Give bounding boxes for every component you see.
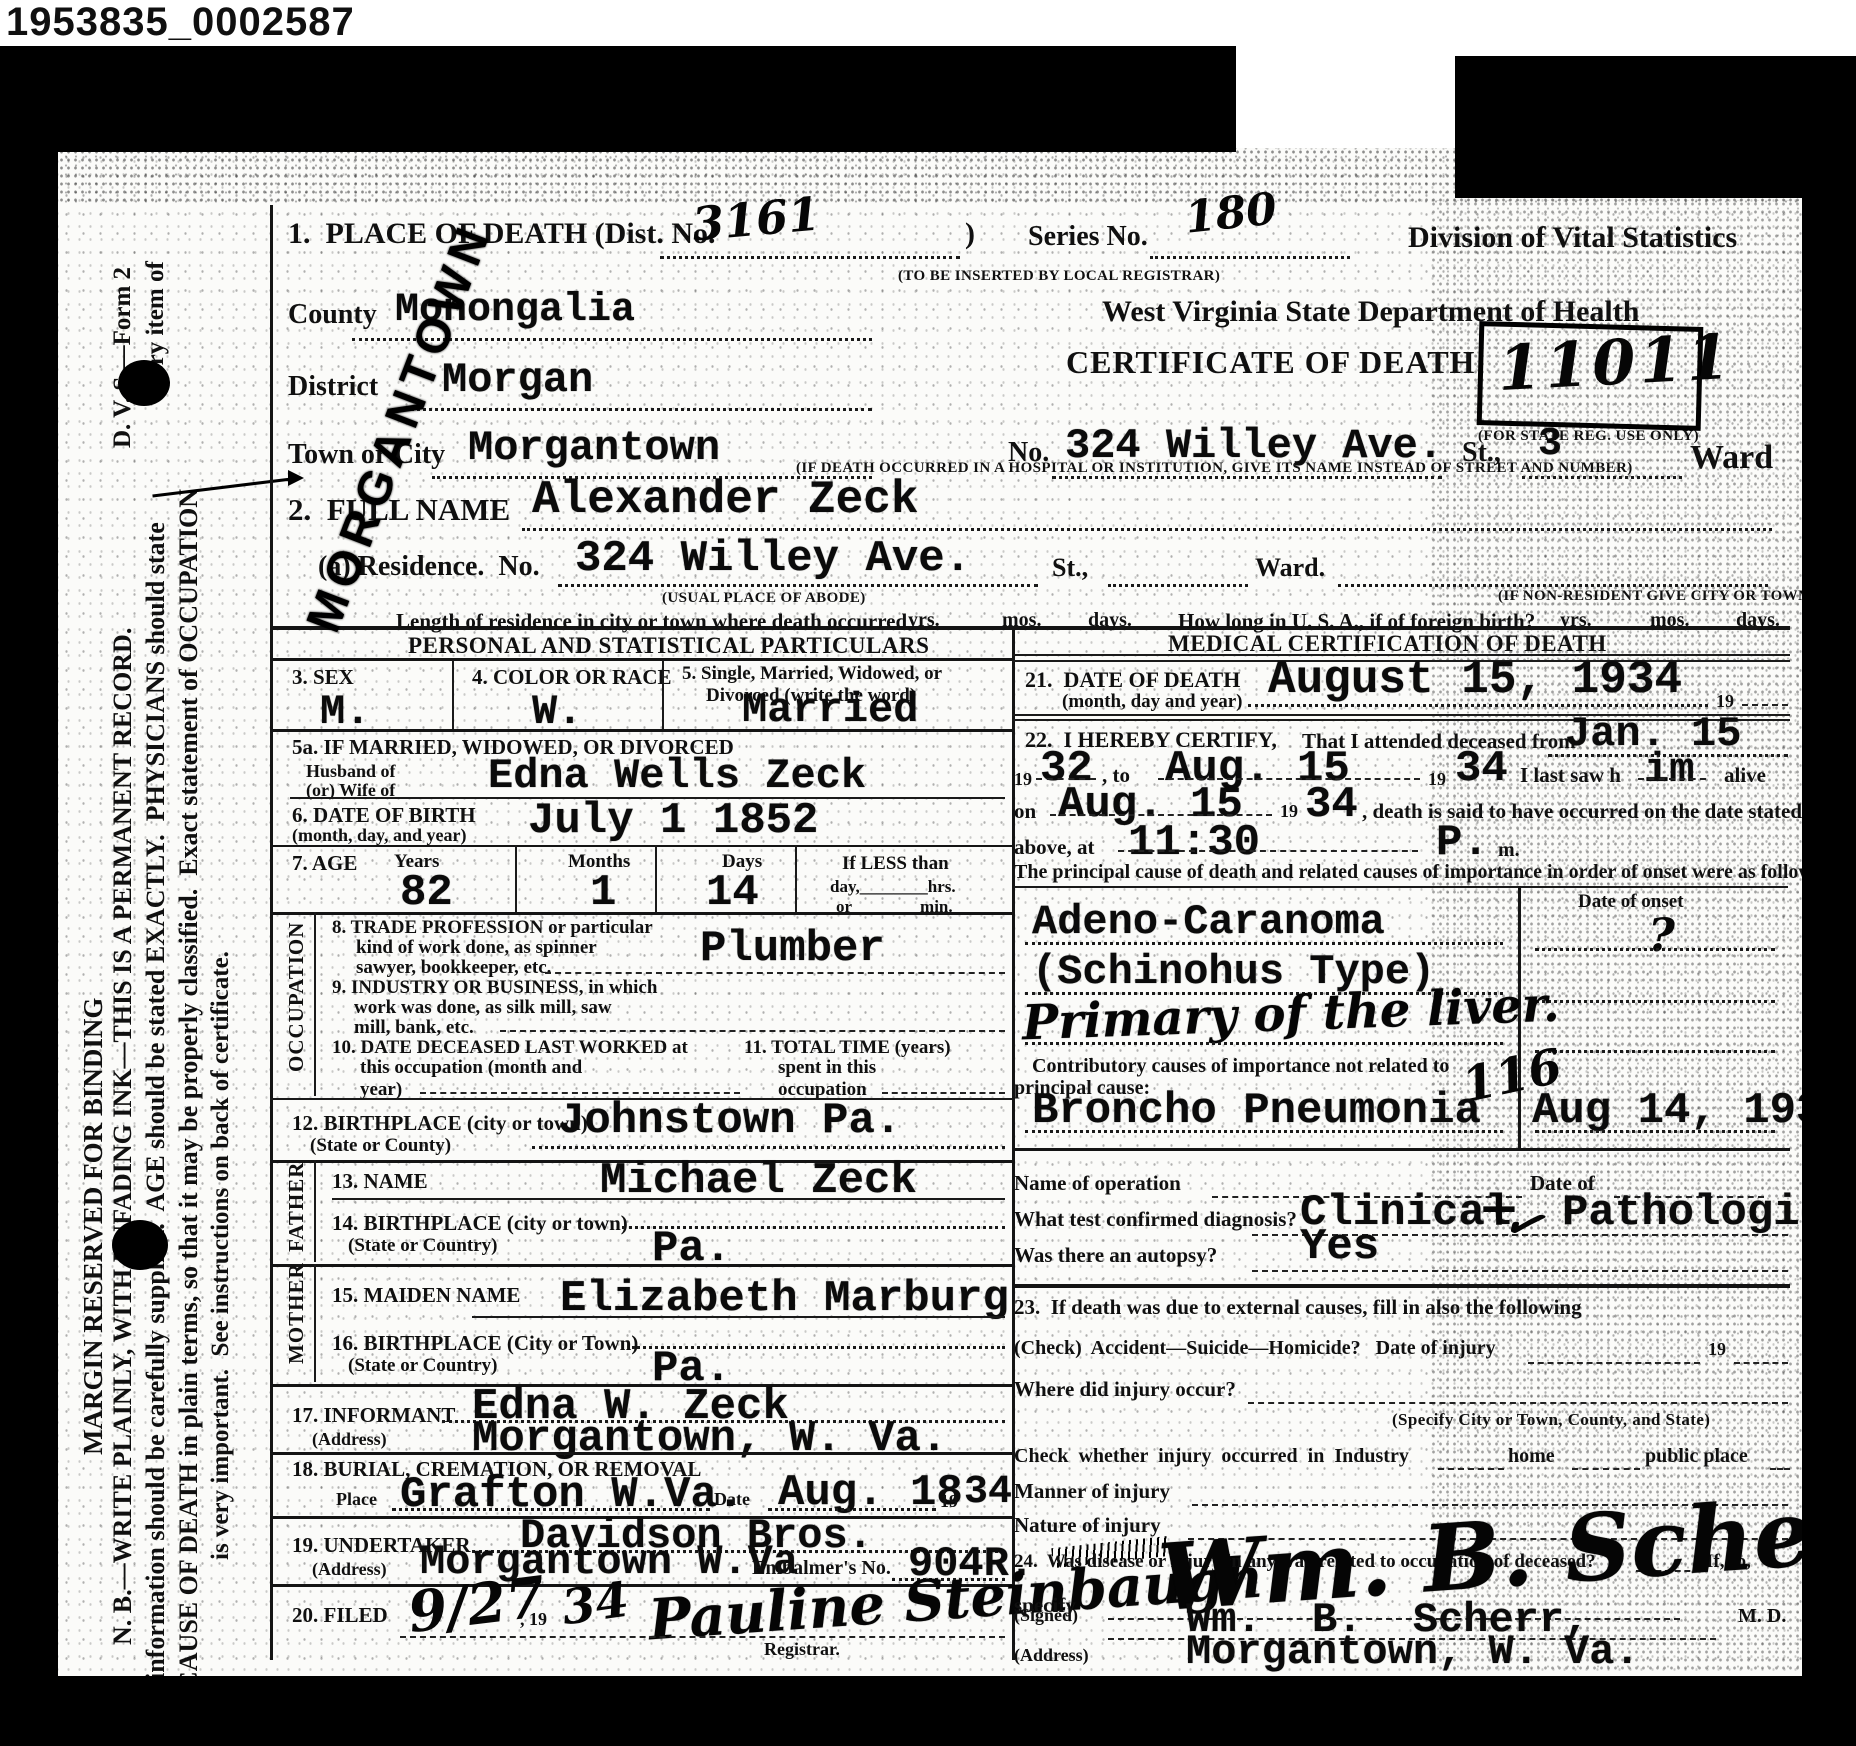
scanner-black-band-bottom xyxy=(0,1676,1856,1746)
home-label: home xyxy=(1508,1446,1555,1467)
fill-line xyxy=(545,972,1005,974)
mother-birthplace-label: 16. BIRTHPLACE (City or Town) xyxy=(332,1332,638,1354)
saw-him-value: im xyxy=(1644,746,1694,794)
trade-value: Plumber xyxy=(700,924,885,974)
father-birthplace-sublabel: (State or Country) xyxy=(348,1236,498,1256)
external-causes-label: 23. If death was due to external causes,… xyxy=(1014,1296,1582,1318)
where-injury-label: Where did injury occur? xyxy=(1014,1378,1236,1400)
total-time-label-1: 11. TOTAL TIME (years) xyxy=(744,1038,951,1058)
fill-line xyxy=(1050,814,1272,816)
dotted-rule xyxy=(1025,1130,1503,1133)
hospital-note: (IF DEATH OCCURRED IN A HOSPITAL OR INST… xyxy=(796,460,1633,477)
fill-line xyxy=(1734,1362,1788,1364)
spouse-value: Edna Wells Zeck xyxy=(488,752,866,800)
contributory-cause-value: Broncho Pneumonia xyxy=(1032,1086,1481,1136)
autopsy-label: Was there an autopsy? xyxy=(1014,1244,1217,1266)
filed-label: 20. FILED xyxy=(292,1604,388,1626)
dotted-rule xyxy=(1535,1130,1775,1133)
color-race-label: 4. COLOR OR RACE xyxy=(472,666,672,688)
rule xyxy=(270,1264,1012,1267)
hole-punch-top xyxy=(118,360,170,406)
birthplace-label: 12. BIRTHPLACE (city or town) xyxy=(292,1112,588,1134)
series-no-label: Series No. xyxy=(1028,222,1148,251)
dod-19-label: 19 xyxy=(1716,692,1734,711)
mother-maiden-name-label: 15. MAIDEN NAME xyxy=(332,1284,520,1306)
birthplace-sublabel: (State or County) xyxy=(310,1136,451,1156)
cell-divider xyxy=(662,660,664,729)
cell-divider xyxy=(655,845,657,912)
yrs2-label: yrs. xyxy=(1560,610,1592,631)
burial-date-label: Date xyxy=(714,1490,750,1509)
principal-cause-label: The principal cause of death and related… xyxy=(1014,862,1827,883)
last-worked-label-3: year) xyxy=(360,1080,402,1100)
test-confirmed-label: What test confirmed diagnosis? xyxy=(1014,1208,1297,1230)
rule xyxy=(270,658,1012,661)
dotted-rule xyxy=(1025,942,1503,945)
husband-of-label: Husband of xyxy=(306,762,396,781)
full-name-value: Alexander Zeck xyxy=(532,474,918,526)
burial-19-label: 19 xyxy=(940,1492,958,1511)
filed-year-value: 34 xyxy=(558,1572,632,1637)
county-label: County xyxy=(288,300,377,329)
cause-of-death-1: Adeno-Caranoma xyxy=(1032,898,1385,946)
certificate-title: CERTIFICATE OF DEATH xyxy=(1066,346,1475,380)
specify-city-note: (Specify City or Town, County, and State… xyxy=(1392,1410,1710,1430)
date-of-death-value: August 15, 1934 xyxy=(1268,654,1682,706)
burial-year-value: 34 xyxy=(964,1470,1012,1515)
onset-date-1: ? xyxy=(1648,908,1675,962)
marital-label-1: 5. Single, Married, Widowed, or xyxy=(682,664,942,684)
signed-label: (Signed) xyxy=(1014,1606,1078,1625)
rule xyxy=(332,1198,1005,1200)
dotted-rule xyxy=(392,1508,710,1511)
dotted-rule xyxy=(768,1508,936,1511)
side-divider xyxy=(314,912,316,1096)
line3-19-label: 19 xyxy=(1280,802,1298,821)
fill-line xyxy=(1118,850,1418,852)
burial-place-label: Place xyxy=(336,1490,377,1509)
industry-label-1: 9. INDUSTRY OR BUSINESS, in which xyxy=(332,978,657,998)
age-months-value: 1 xyxy=(590,868,616,918)
dotted-rule xyxy=(1248,704,1708,707)
mos2-label: mos. xyxy=(1650,610,1689,631)
residence-value: 324 Willey Ave. xyxy=(575,534,971,584)
dotted-rule xyxy=(1025,1042,1503,1045)
birthplace-value: Johnstown Pa. xyxy=(558,1096,901,1146)
fill-line xyxy=(1770,1468,1790,1470)
industry-label-2: work was done, as silk mill, saw xyxy=(354,998,612,1018)
md-label: M. D. xyxy=(1738,1606,1786,1627)
fill-line xyxy=(1438,1468,1504,1470)
rule xyxy=(1012,1284,1790,1288)
occurred-label: , death is said to have occurred on the … xyxy=(1362,800,1802,822)
attended-to-year: 34 xyxy=(1455,744,1508,794)
cell-divider xyxy=(515,845,517,912)
last-saw-label: I last saw h xyxy=(1520,764,1621,786)
dotted-rule xyxy=(1535,1000,1775,1003)
dotted-rule xyxy=(532,1146,1005,1149)
age-years-value: 82 xyxy=(400,868,453,918)
undertaker-address-label: (Address) xyxy=(312,1560,387,1579)
fill-line xyxy=(1742,704,1788,706)
side-divider xyxy=(314,1160,316,1262)
dob-value: July 1 1852 xyxy=(528,796,818,846)
age-label: 7. AGE xyxy=(292,852,357,874)
dotted-rule xyxy=(660,256,960,259)
registrar-label: Registrar. xyxy=(764,1640,840,1659)
medical-section-title: MEDICAL CERTIFICATION OF DEATH xyxy=(1168,632,1607,656)
rule xyxy=(270,1452,1012,1455)
sex-label: 3. SEX xyxy=(292,666,354,688)
accident-check-label: (Check) Accident—Suicide—Homicide? Date … xyxy=(1014,1338,1496,1359)
mother-side-label: MOTHER xyxy=(286,1262,307,1364)
rule xyxy=(270,912,1012,915)
district-label: District xyxy=(288,372,378,401)
dotted-rule xyxy=(1108,584,1248,587)
father-side-label: FATHER xyxy=(286,1162,307,1252)
m-label: m. xyxy=(1498,840,1520,861)
margin-nb-note: N. B.—WRITE PLAINLY, WITH UNFADING INK—T… xyxy=(110,628,136,1645)
cell-divider xyxy=(795,845,797,912)
days2-label: days. xyxy=(1736,610,1780,631)
if-less-label-1: If LESS than xyxy=(842,854,949,874)
scanner-black-band-top xyxy=(0,46,1236,152)
margin-form-number: D. V. S.—Form 2 xyxy=(110,267,135,448)
margin-note-line5: is very important. See instructions on b… xyxy=(208,951,233,1560)
cell-divider xyxy=(452,660,454,729)
age-days-value: 14 xyxy=(706,868,759,918)
town-value: Morgantown xyxy=(468,424,720,472)
personal-section-title: PERSONAL AND STATISTICAL PARTICULARS xyxy=(408,634,929,658)
ward-label: Ward xyxy=(1690,440,1773,476)
fill-line xyxy=(500,1030,1005,1032)
rule xyxy=(1012,1148,1790,1151)
if-less-label-2: day,________hrs. xyxy=(830,878,956,896)
public-place-label: public place xyxy=(1645,1446,1748,1467)
residence-ward-label: Ward. xyxy=(1255,554,1325,581)
state-reg-note: (FOR STATE REG. USE ONLY) xyxy=(1478,428,1699,445)
hole-punch-bottom xyxy=(112,1220,168,1270)
district-number-value: 3161 xyxy=(690,187,822,252)
dotted-rule xyxy=(558,584,1038,587)
informant-address-label: (Address) xyxy=(312,1430,387,1449)
series-no-value: 180 xyxy=(1183,183,1280,243)
dotted-rule xyxy=(1338,584,1768,587)
fill-line xyxy=(1528,1362,1700,1364)
form-left-border xyxy=(270,205,273,1660)
side-divider xyxy=(314,1264,316,1382)
on-label: on xyxy=(1014,800,1036,822)
fill-line xyxy=(1638,778,1706,780)
residence-st-label: St., xyxy=(1052,554,1088,581)
margin-binding-note: MARGIN RESERVED FOR BINDING xyxy=(80,998,107,1455)
physician-address-label: (Address) xyxy=(1014,1646,1089,1665)
length-of-residence-label: Length of residence in city or town wher… xyxy=(396,610,907,632)
scan-id-label: 1953835_0002587 xyxy=(6,0,355,45)
dotted-rule xyxy=(1150,256,1350,259)
operation-label: Name of operation xyxy=(1014,1172,1181,1194)
place-close-paren: ) xyxy=(965,218,975,250)
fill-line xyxy=(1248,1402,1788,1404)
last-worked-label-2: this occupation (month and xyxy=(360,1058,582,1078)
dotted-rule xyxy=(522,528,1772,531)
division-title: Division of Vital Statistics xyxy=(1408,222,1737,254)
series-note: (TO BE INSERTED BY LOCAL REGISTRAR) xyxy=(898,268,1220,285)
rule xyxy=(472,1316,1005,1318)
scanned-death-certificate: 1953835_0002587 MARGIN RESERVED FOR BIND… xyxy=(0,0,1856,1746)
yrs-label: yrs. xyxy=(908,610,940,631)
dotted-rule xyxy=(1535,948,1775,951)
manner-injury-label: Manner of injury xyxy=(1014,1480,1170,1502)
fill-line xyxy=(882,1092,1005,1094)
mos-label: mos. xyxy=(1002,610,1041,631)
ink-arrow-head xyxy=(288,470,304,486)
injury-19-label: 19 xyxy=(1708,1340,1726,1359)
trade-label-3: sawyer, bookkeeper, etc. xyxy=(356,958,551,978)
scanner-black-block-topright xyxy=(1455,56,1856,198)
margin-note-line4: CAUSE OF DEATH in plain terms, so that i… xyxy=(176,489,202,1690)
state-registration-number: 11011 xyxy=(1496,320,1735,405)
rule xyxy=(270,845,1012,847)
days-label: days. xyxy=(1088,610,1132,631)
date-of-death-label: 21. DATE OF DEATH xyxy=(1025,668,1240,691)
rule xyxy=(270,729,1012,732)
filed-19-label: , 19 xyxy=(520,1610,547,1629)
industry-label-3: mill, bank, etc. xyxy=(354,1018,474,1038)
contributory-label-1: Contributory causes of importance not re… xyxy=(1032,1056,1449,1077)
dotted-rule xyxy=(392,408,872,411)
scanner-black-strip-left xyxy=(0,148,58,1746)
alive-label: alive xyxy=(1724,764,1766,786)
marital-value: Married xyxy=(742,686,918,734)
autopsy-value: Yes xyxy=(1300,1222,1379,1272)
occupation-side-label: OCCUPATION xyxy=(286,922,307,1072)
injury-industry-label: Check whether injury occurred in Industr… xyxy=(1014,1446,1409,1467)
date-of-death-sublabel: (month, day and year) xyxy=(1062,692,1243,712)
line2-19b-label: 19 xyxy=(1428,770,1446,789)
nature-injury-label: Nature of injury xyxy=(1014,1514,1161,1536)
dob-sublabel: (month, day, and year) xyxy=(292,826,467,845)
total-time-label-2: spent in this xyxy=(778,1058,876,1078)
rule xyxy=(1014,886,1788,888)
trade-label-2: kind of work done, as spinner xyxy=(356,938,597,958)
margin-note-line3: information should be carefully supplied… xyxy=(143,522,169,1680)
above-at-label: above, at xyxy=(1014,836,1095,858)
fill-line xyxy=(1572,1468,1640,1470)
last-worked-label-1: 10. DATE DECEASED LAST WORKED at xyxy=(332,1038,688,1058)
informant-label: 17. INFORMANT xyxy=(292,1404,455,1426)
mother-birthplace-sublabel: (State or Country) xyxy=(348,1356,498,1376)
line2-19a-label: 19 xyxy=(1014,770,1032,789)
scanner-black-strip-right xyxy=(1802,196,1856,1746)
father-name-label: 13. NAME xyxy=(332,1170,428,1192)
district-value: Morgan xyxy=(442,356,593,404)
fill-line xyxy=(1252,1270,1788,1272)
dotted-rule xyxy=(1535,1050,1775,1053)
abode-note: (USUAL PLACE OF ABODE) xyxy=(662,590,866,607)
dob-label: 6. DATE OF BIRTH xyxy=(292,804,476,826)
last-seen-year: 34 xyxy=(1305,780,1358,830)
fill-line xyxy=(420,1092,740,1094)
trade-label-1: 8. TRADE PROFESSION or particular xyxy=(332,918,653,938)
physician-address-value: Morgantown, W. Va. xyxy=(1186,1628,1640,1676)
usa-length-label: How long in U. S. A., if of foreign birt… xyxy=(1178,610,1535,632)
father-birthplace-label: 14. BIRTHPLACE (city or town) xyxy=(332,1212,628,1234)
fill-line xyxy=(400,1636,1005,1638)
